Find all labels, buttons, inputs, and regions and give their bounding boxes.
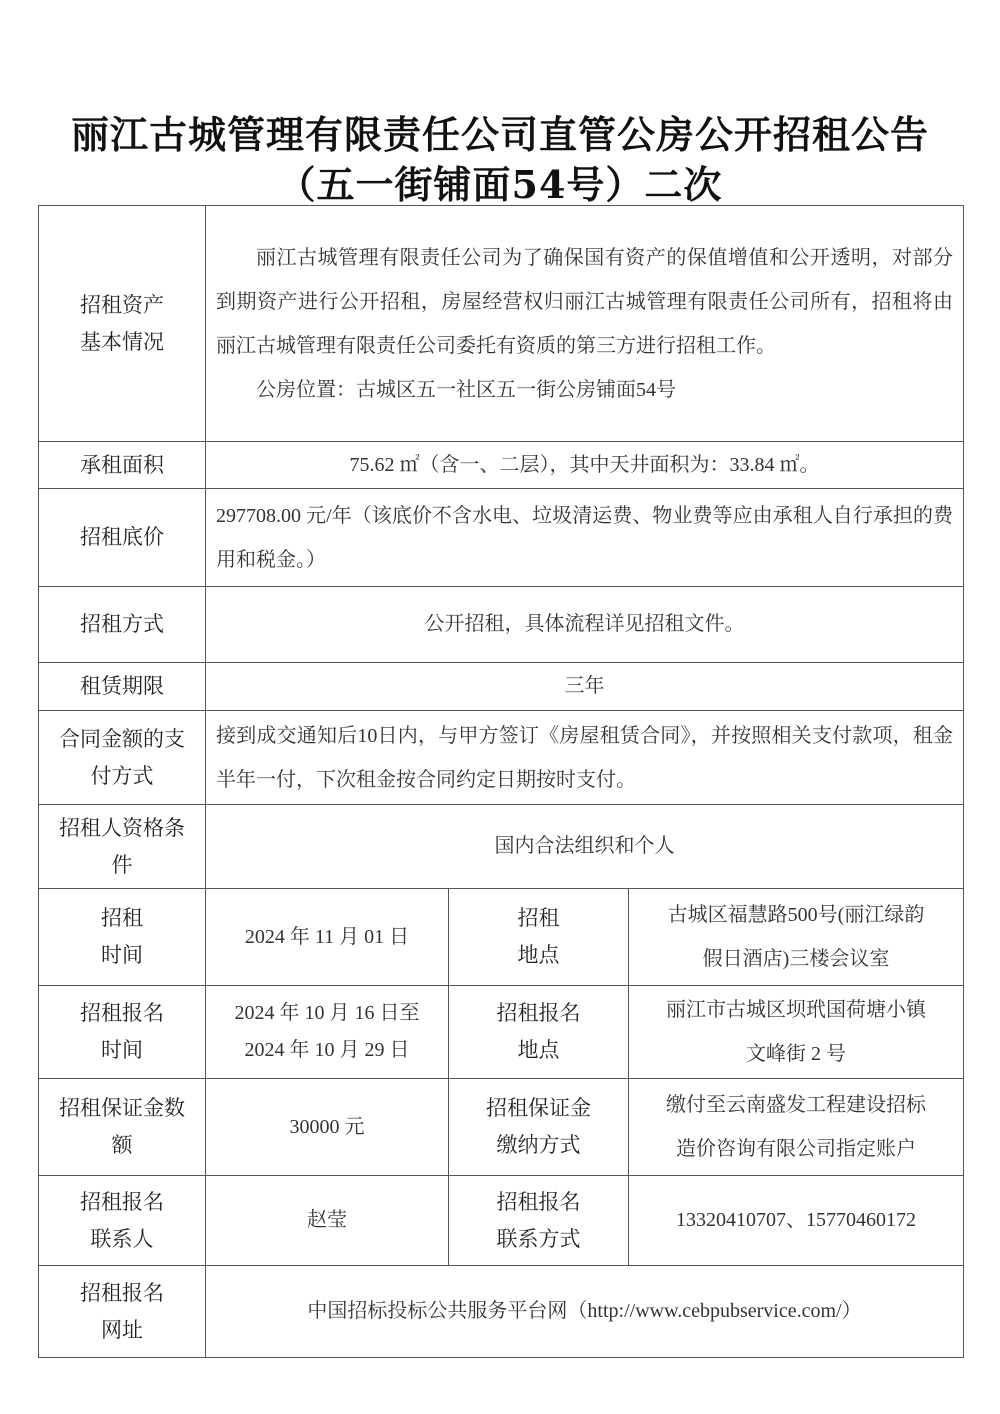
value-payment: 接到成交通知后10日内，与甲方签订《房屋租赁合同》，并按照相关支付款项，租金半年… — [206, 711, 964, 805]
value-line: 假日酒店)三楼会议室 — [637, 937, 955, 981]
label-deposit-method: 招租保证金 缴纳方式 — [449, 1079, 629, 1176]
row-qualification: 招租人资格条 件 国内合法组织和个人 — [39, 805, 964, 889]
label-line: 招租保证金 — [457, 1090, 620, 1127]
label-line: 时间 — [47, 1032, 197, 1069]
label-contact-phone: 招租报名 联系方式 — [449, 1176, 629, 1266]
label-line: 时间 — [47, 937, 197, 974]
label-qualification: 招租人资格条 件 — [39, 805, 206, 889]
value-deposit-amount: 30000 元 — [206, 1079, 449, 1176]
value-basic-info: 丽江古城管理有限责任公司为了确保国有资产的保值增值和公开透明，对部分到期资产进行… — [206, 206, 964, 442]
label-method: 招租方式 — [39, 587, 206, 663]
label-basic-info: 招租资产 基本情况 — [39, 206, 206, 442]
label-website: 招租报名 网址 — [39, 1266, 206, 1358]
row-registration: 招租报名 时间 2024 年 10 月 16 日至 2024 年 10 月 29… — [39, 986, 964, 1079]
label-line: 招租资产 — [47, 287, 197, 324]
label-line: 联系人 — [47, 1221, 197, 1258]
basic-info-paragraph: 丽江古城管理有限责任公司为了确保国有资产的保值增值和公开透明，对部分到期资产进行… — [216, 236, 953, 368]
row-contact: 招租报名 联系人 赵莹 招租报名 联系方式 13320410707、157704… — [39, 1176, 964, 1266]
row-time-place: 招租 时间 2024 年 11 月 01 日 招租 地点 古城区福慧路500号(… — [39, 889, 964, 986]
value-line: 2024 年 10 月 29 日 — [214, 1032, 440, 1069]
property-location: 公房位置：古城区五一社区五一街公房铺面54号 — [216, 368, 953, 412]
label-tender-place: 招租 地点 — [449, 889, 629, 986]
label-line: 付方式 — [47, 758, 197, 795]
label-line: 基本情况 — [47, 324, 197, 361]
value-line: 古城区福慧路500号(丽江绿韵 — [637, 893, 955, 937]
row-base-price: 招租底价 297708.00 元/年（该底价不含水电、垃圾清运费、物业费等应由承… — [39, 489, 964, 587]
value-line: 造价咨询有限公司指定账户 — [637, 1127, 955, 1171]
value-tender-time: 2024 年 11 月 01 日 — [206, 889, 449, 986]
label-line: 件 — [47, 847, 197, 884]
label-line: 招租人资格条 — [47, 810, 197, 847]
row-deposit: 招租保证金数 额 30000 元 招租保证金 缴纳方式 缴付至云南盛发工程建设招… — [39, 1079, 964, 1176]
label-deposit-amount: 招租保证金数 额 — [39, 1079, 206, 1176]
row-area: 承租面积 75.62 ㎡（含一、二层），其中天井面积为：33.84 ㎡。 — [39, 442, 964, 489]
value-registration-time: 2024 年 10 月 16 日至 2024 年 10 月 29 日 — [206, 986, 449, 1079]
value-contact-person: 赵莹 — [206, 1176, 449, 1266]
label-line: 招租报名 — [47, 995, 197, 1032]
label-contact-person: 招租报名 联系人 — [39, 1176, 206, 1266]
document-title-line2: （五一街铺面54号）二次 — [0, 154, 1000, 209]
label-line: 合同金额的支 — [47, 721, 197, 758]
value-area: 75.62 ㎡（含一、二层），其中天井面积为：33.84 ㎡。 — [206, 442, 964, 489]
label-line: 地点 — [457, 937, 620, 974]
label-line: 招租报名 — [457, 1184, 620, 1221]
value-registration-place: 丽江市古城区坝玳国荷塘小镇 文峰街 2 号 — [629, 986, 964, 1079]
label-term: 租赁期限 — [39, 663, 206, 711]
value-base-price: 297708.00 元/年（该底价不含水电、垃圾清运费、物业费等应由承租人自行承… — [206, 489, 964, 587]
value-qualification: 国内合法组织和个人 — [206, 805, 964, 889]
value-tender-place: 古城区福慧路500号(丽江绿韵 假日酒店)三楼会议室 — [629, 889, 964, 986]
label-line: 联系方式 — [457, 1221, 620, 1258]
value-deposit-method: 缴付至云南盛发工程建设招标 造价咨询有限公司指定账户 — [629, 1079, 964, 1176]
label-line: 额 — [47, 1127, 197, 1164]
label-base-price: 招租底价 — [39, 489, 206, 587]
row-method: 招租方式 公开招租，具体流程详见招租文件。 — [39, 587, 964, 663]
label-line: 地点 — [457, 1032, 620, 1069]
document-title-line1: 丽江古城管理有限责任公司直管公房公开招租公告 — [0, 104, 1000, 159]
label-tender-time: 招租 时间 — [39, 889, 206, 986]
label-area: 承租面积 — [39, 442, 206, 489]
value-term: 三年 — [206, 663, 964, 711]
label-line: 招租报名 — [47, 1184, 197, 1221]
value-line: 丽江市古城区坝玳国荷塘小镇 — [637, 988, 955, 1032]
label-registration-time: 招租报名 时间 — [39, 986, 206, 1079]
row-term: 租赁期限 三年 — [39, 663, 964, 711]
label-payment: 合同金额的支 付方式 — [39, 711, 206, 805]
value-line: 缴付至云南盛发工程建设招标 — [637, 1083, 955, 1127]
row-website: 招租报名 网址 中国招标投标公共服务平台网（http://www.cebpubs… — [39, 1266, 964, 1358]
row-basic-info: 招租资产 基本情况 丽江古城管理有限责任公司为了确保国有资产的保值增值和公开透明… — [39, 206, 964, 442]
label-line: 招租 — [457, 900, 620, 937]
value-line: 文峰街 2 号 — [637, 1032, 955, 1076]
label-line: 缴纳方式 — [457, 1127, 620, 1164]
label-line: 招租报名 — [457, 995, 620, 1032]
label-line: 招租保证金数 — [47, 1090, 197, 1127]
value-line: 2024 年 10 月 16 日至 — [214, 995, 440, 1032]
row-payment: 合同金额的支 付方式 接到成交通知后10日内，与甲方签订《房屋租赁合同》，并按照… — [39, 711, 964, 805]
value-website: 中国招标投标公共服务平台网（http://www.cebpubservice.c… — [206, 1266, 964, 1358]
label-line: 招租报名 — [47, 1275, 197, 1312]
label-line: 招租 — [47, 900, 197, 937]
announcement-table: 招租资产 基本情况 丽江古城管理有限责任公司为了确保国有资产的保值增值和公开透明… — [38, 205, 964, 1358]
label-line: 网址 — [47, 1312, 197, 1349]
value-method: 公开招租，具体流程详见招租文件。 — [206, 587, 964, 663]
value-contact-phone: 13320410707、15770460172 — [629, 1176, 964, 1266]
label-registration-place: 招租报名 地点 — [449, 986, 629, 1079]
